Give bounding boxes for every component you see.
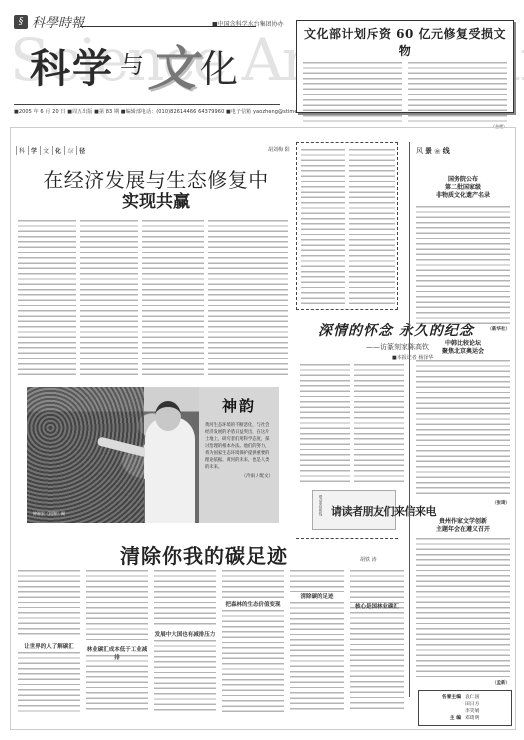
top-news-text-col	[408, 62, 507, 124]
second-headline: 清除你我的碳足迹	[120, 540, 288, 569]
right-item-credit: （张琦）	[414, 500, 510, 506]
second-article-text-col	[154, 640, 216, 712]
second-article-subhead: 发展中大国也有减排压力	[154, 630, 216, 638]
section-title-part3: 文	[148, 46, 198, 92]
photo-person	[145, 417, 195, 523]
ad-box: 观众来信热线 请读者朋友们来信来电	[312, 490, 396, 530]
staff-value: 田日方	[465, 701, 479, 708]
main-article-byline: 胡刘梅 阳	[268, 146, 290, 153]
right-item-credit: （新华社）	[414, 326, 510, 332]
staff-label: 主 编	[425, 715, 461, 722]
section-title-part2: 与	[120, 42, 146, 88]
feature-photo: 钟智宏（何智）摄	[27, 387, 199, 523]
right-item-text	[416, 538, 510, 678]
photo-sidebar-credit: （冷雨 / 配文）	[205, 473, 273, 479]
column-tag-char: 学	[28, 146, 39, 155]
second-article-text-col	[18, 652, 80, 712]
second-article-text-col	[222, 610, 284, 712]
right-item-text	[416, 206, 510, 324]
column-tag-char: 化	[52, 146, 63, 155]
photo-foliage	[27, 387, 144, 523]
second-article-text-col	[18, 612, 80, 638]
right-column-rule	[409, 142, 410, 697]
photo-sidebar-body: 黄河生态环境的不断恶化，与社会经济发展的矛盾日益突出，在这片土地上，研究者们用科…	[205, 422, 273, 471]
top-news-box: 文化部计划斥资 60 亿元修复受损文物 （金暖）	[296, 20, 514, 113]
second-article-subhead: 让世界的人了解碳汇	[18, 642, 80, 650]
staff-value: 李笑娟	[465, 708, 479, 715]
issue-rule	[14, 104, 280, 105]
second-article-text-col	[350, 612, 404, 712]
dotted-box-text-col	[349, 149, 395, 305]
staff-row: 田日方	[425, 701, 505, 708]
dotted-box-article	[296, 142, 398, 310]
top-news-text-col	[303, 62, 402, 124]
right-item-headline: 贵州作家文学创新 主题年会在遵义召开	[414, 518, 512, 534]
photo-sidebar-title: 神韵	[205, 395, 273, 416]
main-article-text-col	[208, 220, 288, 378]
main-headline: 在经济发展与生态修复中	[36, 168, 276, 192]
staff-box: 名誉主编 袁仁国 田日方 李笑娟 主 编 邓琦明	[418, 690, 512, 726]
right-tag-char: 景	[425, 146, 432, 156]
section-title-part4: 化	[200, 46, 240, 92]
main-article-text-col	[142, 220, 204, 378]
top-news-body	[303, 62, 507, 124]
staff-label: 名誉主编	[425, 694, 461, 701]
photo-face	[155, 401, 181, 431]
interview-text-col	[354, 364, 404, 484]
right-column-tag: 风 景 ❀ 线	[416, 146, 450, 156]
photo-credit: 钟智宏（何智）摄	[33, 511, 65, 517]
right-item-credit: （孟新）	[414, 680, 510, 686]
main-article-text-col	[18, 220, 76, 378]
second-article-subhead: 清除碳的足迹	[290, 592, 344, 600]
right-item-headline: 中韩比较论坛 聚焦北京奥运会	[414, 340, 512, 356]
staff-value: 邓琦明	[465, 715, 479, 722]
staff-row: 主 编 邓琦明	[425, 715, 505, 722]
right-item-headline: 国务院公布 第二批国家级 非物质文化遗产名录	[414, 176, 512, 200]
staff-row: 李笑娟	[425, 708, 505, 715]
main-subheadline: 实现共赢	[36, 192, 276, 212]
column-tag-char: 文	[40, 146, 51, 155]
column-tag-char: 绿	[64, 146, 75, 155]
staff-label	[425, 708, 461, 715]
right-tag-char: 风	[416, 146, 423, 156]
second-article-text-col	[154, 570, 216, 626]
right-item-text	[416, 360, 510, 494]
photo-sidebar: 神韵 黄河生态环境的不断恶化，与社会经济发展的矛盾日益突出，在这片土地上，研究者…	[199, 387, 279, 523]
flower-icon: ❀	[434, 147, 441, 156]
second-article-subhead: 把森林的生态价值变现	[222, 600, 284, 608]
second-article-text-col	[86, 570, 148, 640]
staff-label	[425, 701, 461, 708]
dotted-box-text-col	[301, 149, 345, 305]
main-article-text-col	[80, 220, 138, 378]
second-article-text-col	[86, 655, 148, 712]
right-tag-char: 线	[443, 146, 450, 156]
second-article-text-col	[222, 570, 284, 598]
second-article-author: 胡铁 涛	[360, 556, 377, 563]
second-article-text-col	[18, 570, 80, 608]
ad-side-text: 观众来信热线	[319, 495, 324, 516]
staff-value: 袁仁国	[465, 694, 479, 701]
section-title: 科学 与 文 化	[30, 42, 240, 92]
dashed-divider	[296, 538, 398, 539]
top-news-title: 文化部计划斥资 60 亿元修复受损文物	[303, 25, 507, 59]
issue-info: ■2005 年 6 月 20 日 ■周五出版 ■第 83 期 ■编辑部电话：(0…	[14, 108, 308, 115]
second-article-text-col	[290, 570, 344, 592]
column-tag: 科 学 文 化 绿 径	[16, 146, 87, 155]
staff-row: 名誉主编 袁仁国	[425, 694, 505, 701]
second-article-text-col	[290, 602, 344, 712]
section-title-part1: 科学	[30, 46, 114, 92]
column-tag-char: 科	[16, 146, 27, 155]
interview-text-col	[300, 364, 350, 484]
second-article-subhead: 核心是国林业碳汇	[350, 602, 404, 610]
column-tag-char: 径	[76, 146, 87, 155]
